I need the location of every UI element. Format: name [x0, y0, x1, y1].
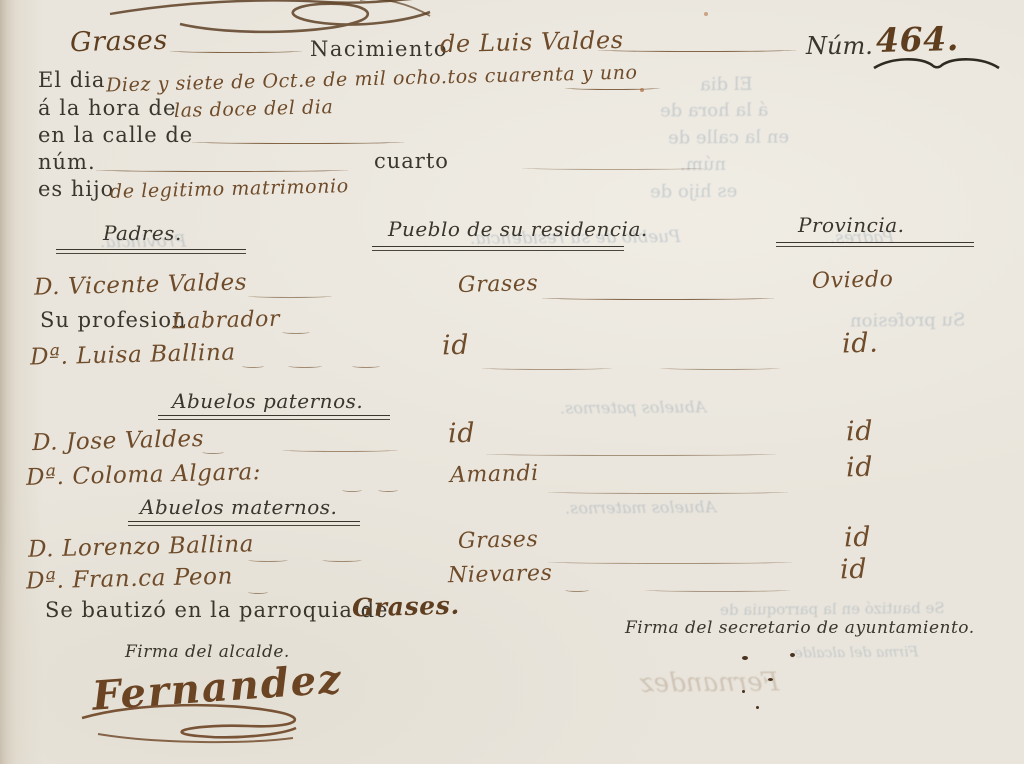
rule [565, 86, 660, 90]
rule [548, 490, 788, 494]
cuarto-label: cuarto [374, 149, 449, 173]
maternal-grandfather-provincia: id [844, 522, 872, 554]
rule [522, 166, 704, 170]
rule [170, 49, 302, 53]
rule [378, 488, 398, 492]
bleedthrough-text: El dia [700, 74, 753, 95]
date-line-label: El dia [38, 68, 105, 92]
rule [202, 450, 224, 454]
rule [282, 330, 310, 334]
number-brace-flourish [872, 56, 1002, 72]
bleedthrough-text: núm. [680, 154, 726, 175]
profession-value: Labrador [172, 307, 281, 335]
mother-name: Dª. Luisa Ballina [30, 339, 236, 370]
paternal-grandfather-provincia: id [846, 416, 874, 448]
signature-flourish [78, 700, 328, 746]
maternal-grandmother-name: Dª. Fran.ca Peon [26, 563, 234, 594]
date-line-value: Diez y siete de Oct.e de mil ocho.tos cu… [106, 62, 638, 97]
record-number-label: Núm. [806, 32, 873, 60]
rule [342, 488, 362, 492]
bleedthrough-text: á la hora de [660, 100, 769, 122]
maternal-grandmother-pueblo: Nievares [448, 561, 553, 589]
header-double-rule [776, 242, 974, 247]
ink-speck [768, 678, 773, 681]
paternal-grandmother-name: Dª. Coloma Algara: [26, 459, 262, 491]
rule [288, 364, 322, 368]
father-name: D. Vicente Valdes [34, 269, 248, 300]
ink-speck [742, 690, 745, 693]
rule [282, 448, 398, 452]
bleedthrough-text: Firma del alcalde. [790, 644, 918, 661]
bleedthrough-text: Abuelos paternos. [560, 397, 706, 417]
rule [248, 294, 332, 298]
col-header-pueblo: Pueblo de su residencia. [388, 217, 648, 241]
maternal-grandfather-pueblo: Grases [458, 527, 539, 554]
profession-label: Su profesion [40, 308, 187, 332]
hour-line-label: á la hora de [38, 96, 176, 120]
secretary-signature-label: Firma del secretario de ayuntamiento. [625, 618, 975, 638]
bleedthrough-text: Abuelos maternos. [565, 497, 716, 517]
rule [542, 296, 774, 300]
rule [248, 590, 268, 594]
header-double-rule [56, 249, 246, 254]
baptism-line-label: Se bautizó en la parroquia de [45, 598, 389, 622]
rule [352, 364, 380, 368]
col-header-padres: Padres. [103, 221, 182, 245]
legitimacy-line-label: es hijo [38, 177, 114, 201]
birth-record-page: El dia á la hora de en la calle de núm. … [0, 0, 1024, 764]
rule [565, 588, 589, 592]
paternal-grandparents-heading: Abuelos paternos. [172, 389, 363, 413]
record-number-value: 464. [876, 19, 960, 60]
mayor-signature-label: Firma del alcalde. [125, 642, 290, 662]
rule [660, 366, 780, 370]
maternal-grandfather-name: D. Lorenzo Ballina [28, 531, 255, 563]
bleedthrough-text: en la calle de [668, 126, 789, 148]
bleedthrough-text: Se bautizó en la parroquia de [720, 599, 945, 619]
heading-double-rule [158, 415, 390, 420]
father-pueblo: Grases [458, 271, 539, 298]
col-header-provincia: Provincia. [798, 213, 905, 237]
mother-pueblo: id [442, 330, 470, 362]
bleedthrough-text: es hijo de [650, 181, 737, 203]
header-double-rule [372, 246, 624, 251]
child-name: de Luis Valdes [440, 26, 624, 58]
rule [645, 588, 790, 592]
father-provincia: Oviedo [812, 267, 894, 294]
rule [322, 558, 362, 562]
rule [482, 366, 612, 370]
paternal-grandmother-pueblo: Amandi [450, 461, 539, 488]
paper-speck [640, 88, 644, 92]
legitimacy-line-value: de legitimo matrimonio [110, 175, 349, 203]
maternal-grandparents-heading: Abuelos maternos. [140, 495, 337, 519]
hour-line-value: las doce del dia [174, 96, 334, 122]
street-line-label: en la calle de [38, 123, 193, 147]
baptism-parish-value: Grases. [352, 591, 460, 623]
place-name: Grases [70, 25, 169, 58]
maternal-grandmother-provincia: id [840, 554, 868, 586]
ink-speck [756, 706, 759, 709]
rule [486, 452, 776, 456]
ink-speck [742, 656, 748, 660]
number-line-label: núm. [38, 150, 96, 174]
rule [242, 364, 264, 368]
paternal-grandmother-provincia: id [846, 452, 874, 484]
mother-provincia: id. [842, 328, 879, 360]
paternal-grandfather-name: D. Jose Valdes [32, 426, 205, 456]
rule [192, 140, 404, 144]
birth-title: Nacimiento [310, 37, 448, 61]
ink-speck [790, 653, 795, 657]
paper-speck [704, 12, 708, 16]
bleedthrough-signature: Fernandez [640, 667, 779, 698]
heading-double-rule [128, 521, 360, 526]
rule [248, 558, 288, 562]
rule [96, 168, 348, 172]
rule [548, 560, 792, 564]
rule [598, 48, 796, 52]
paternal-grandfather-pueblo: id [448, 418, 476, 450]
